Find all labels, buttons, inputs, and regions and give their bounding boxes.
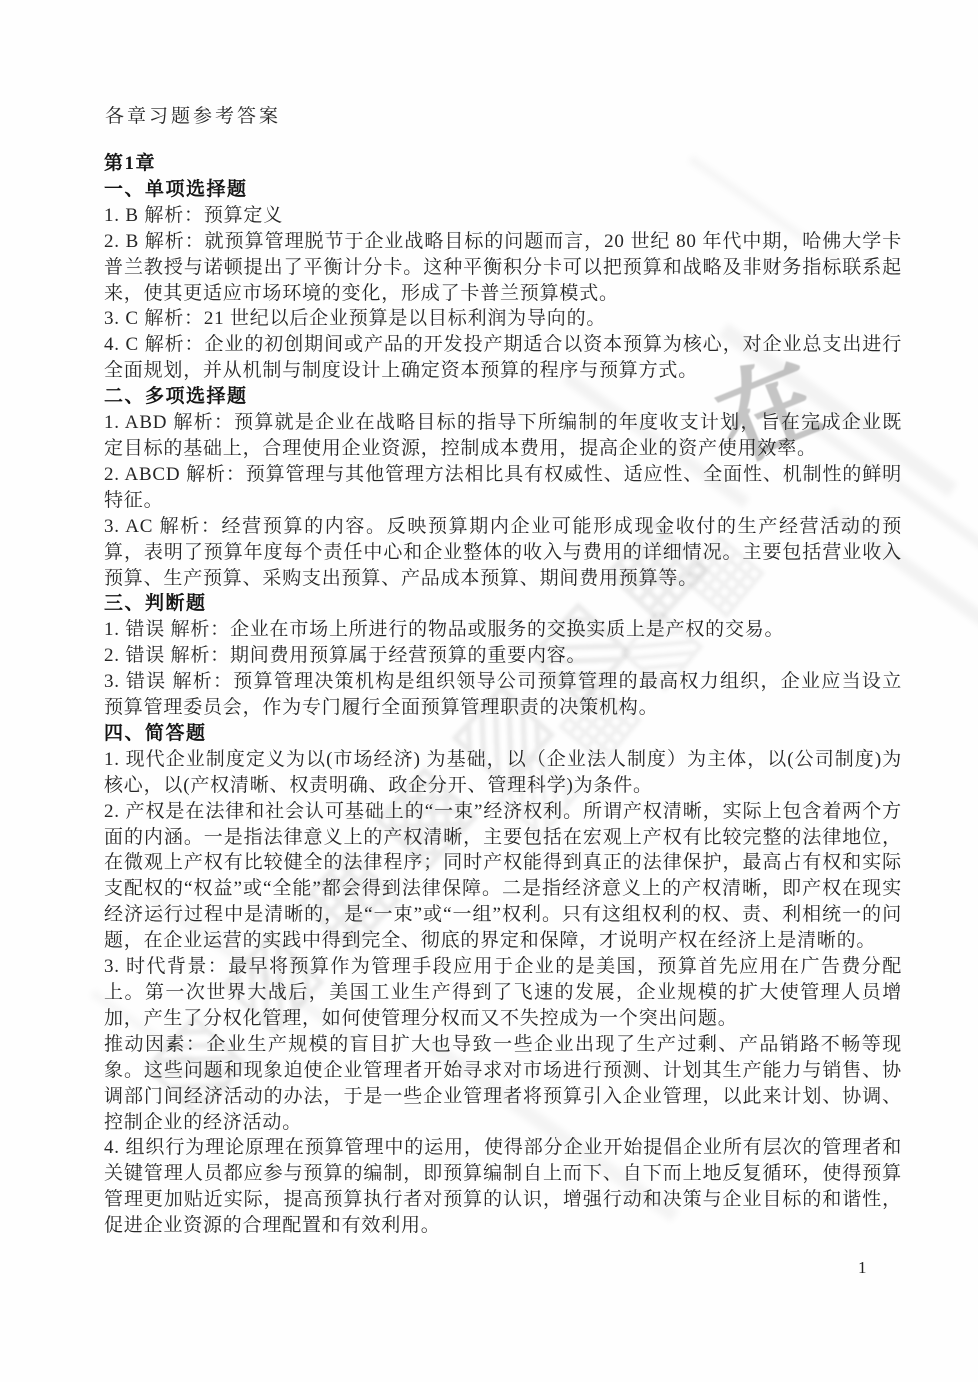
answer-item: 1. ABD 解析：预算就是企业在战略目标的指导下所编制的年度收支计划，旨在完成…: [104, 410, 902, 462]
section-heading-true-false: 三、判断题: [104, 591, 902, 617]
document-title: 各章习题参考答案: [105, 101, 281, 128]
section-heading-single-choice: 一、单项选择题: [104, 177, 902, 203]
answer-content: 第1章 一、单项选择题 1. B 解析：预算定义 2. B 解析：就预算管理脱节…: [104, 151, 902, 1239]
chapter-heading: 第1章: [104, 151, 902, 177]
answer-item: 2. 错误 解析：期间费用预算属于经营预算的重要内容。: [104, 643, 902, 669]
answer-item: 2. B 解析：就预算管理脱节于企业战略目标的问题而言，20 世纪 80 年代中…: [104, 229, 902, 307]
answer-item: 3. 错误 解析：预算管理决策机构是组织领导公司预算管理的最高权力组织，企业应当…: [104, 669, 902, 721]
answer-item: 2. ABCD 解析：预算管理与其他管理方法相比具有权威性、适应性、全面性、机制…: [104, 462, 902, 514]
section-heading-multi-choice: 二、多项选择题: [104, 384, 902, 410]
answer-item: 2. 产权是在法律和社会认可基础上的“一束”经济权利。所谓产权清晰，实际上包含着…: [104, 799, 902, 954]
section-heading-short-answer: 四、简答题: [104, 721, 902, 747]
answer-item: 1. 现代企业制度定义为以(市场经济) 为基础，以（企业法人制度）为主体，以(公…: [104, 747, 902, 799]
answer-item: 4. 组织行为理论原理在预算管理中的运用，使得部分企业开始提倡企业所有层次的管理…: [104, 1135, 902, 1239]
answer-item: 3. C 解析：21 世纪以后企业预算是以目标利润为导向的。: [104, 306, 902, 332]
answer-item: 1. B 解析：预算定义: [104, 203, 902, 229]
answer-item: 推动因素：企业生产规模的盲目扩大也导致一些企业出现了生产过剩、产品销路不畅等现象…: [104, 1032, 902, 1136]
answer-item: 3. AC 解析：经营预算的内容。反映预算期内企业可能形成现金收付的生产经营活动…: [104, 514, 902, 592]
page-number: 1: [858, 1258, 867, 1278]
answer-item: 3. 时代背景：最早将预算作为管理手段应用于企业的是美国，预算首先应用在广告费分…: [104, 954, 902, 1032]
answer-item: 4. C 解析：企业的初创期间或产品的开发投产期适合以资本预算为核心，对企业总支…: [104, 332, 902, 384]
answer-item: 1. 错误 解析：企业在市场上所进行的物品或服务的交换实质上是产权的交易。: [104, 617, 902, 643]
document-page: ▧▨▦▩▨▧▦ ▨▦▧▦ 在 各章习题参考答案 第1章 一、单项选择题 1. B…: [0, 0, 978, 1382]
